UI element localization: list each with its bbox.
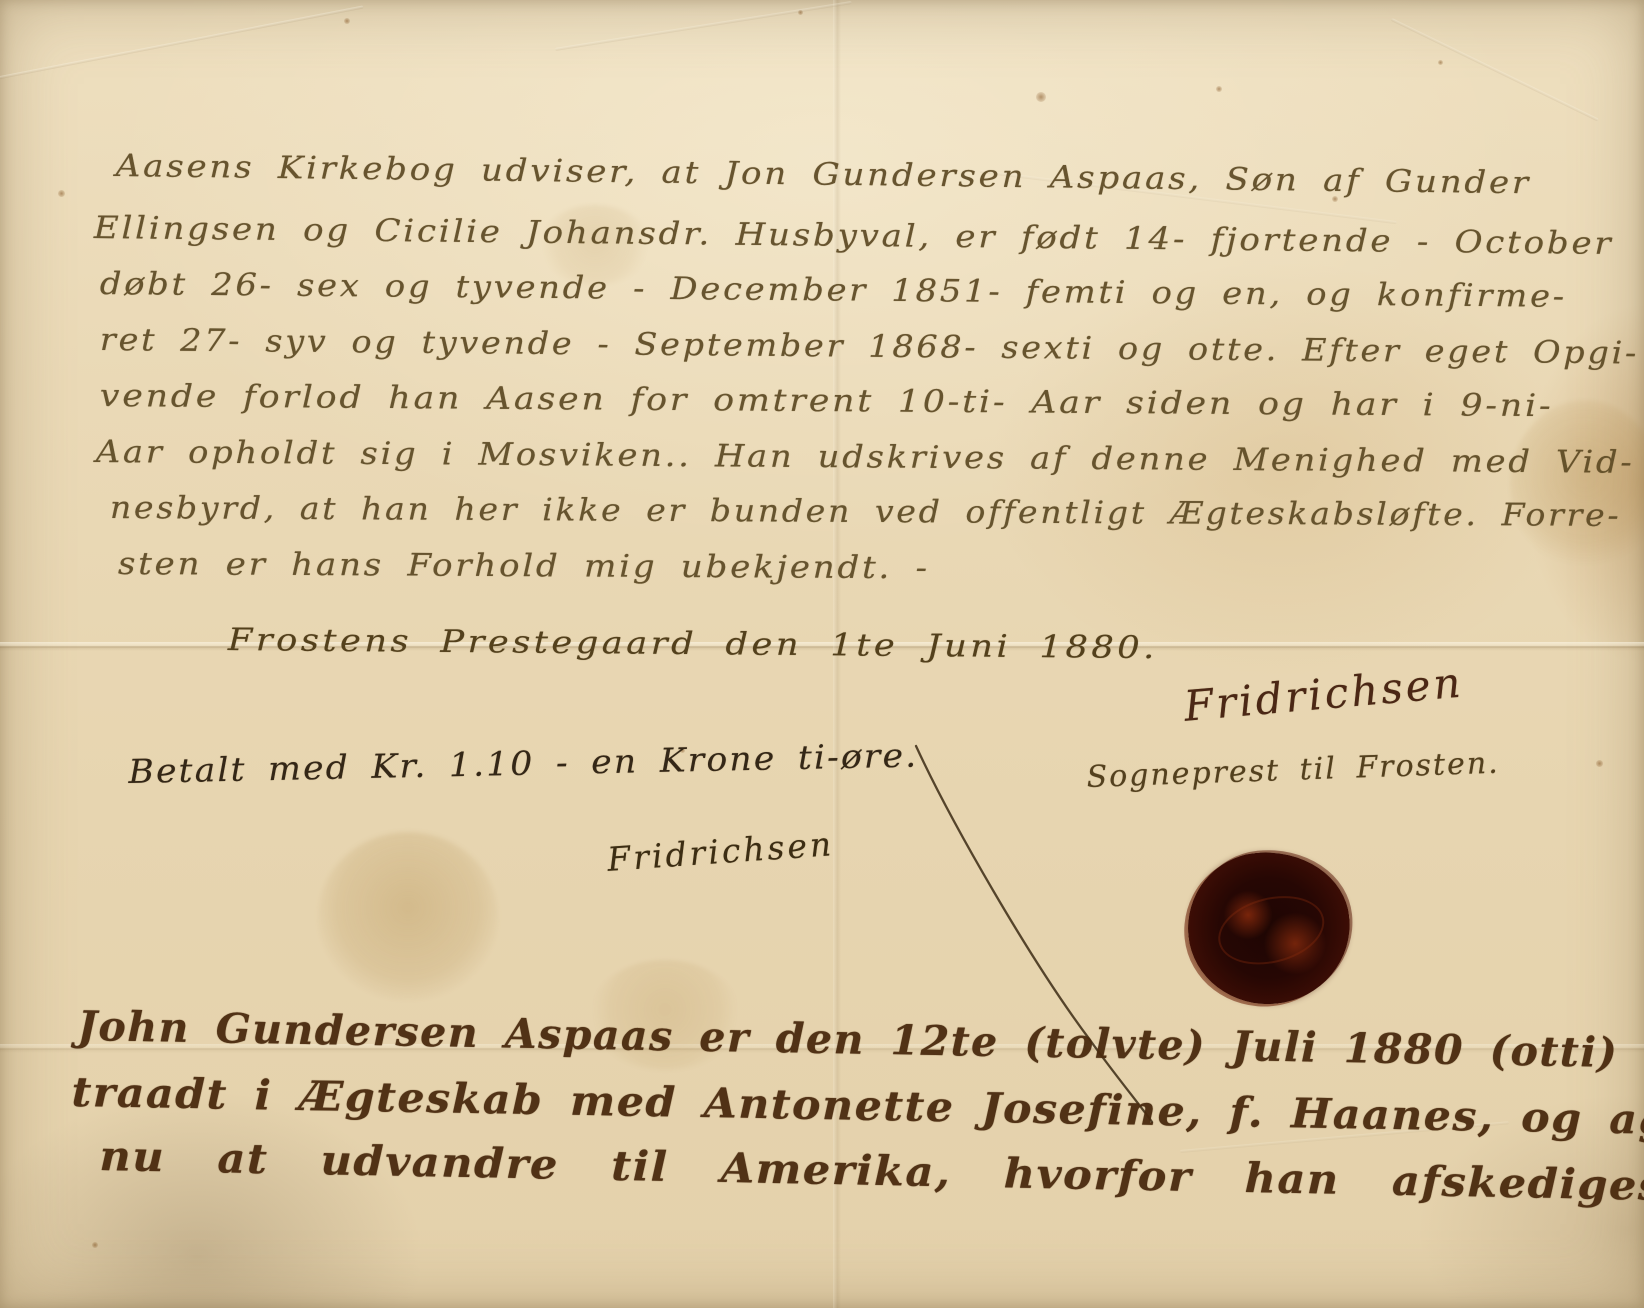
certificate-body-line: sten er hans Forhold mig ubekjendt. -: [118, 546, 930, 586]
round-stain: [318, 832, 498, 1000]
dateline: Frostens Prestegaard den 1te Juni 1880.: [228, 622, 1158, 666]
fox-spot: [58, 190, 65, 197]
signature-title: Sogneprest til Frosten.: [1086, 746, 1500, 795]
certificate-body-line: vende forlod han Aasen for omtrent 10-ti…: [100, 378, 1554, 424]
payment-note: Betalt med Kr. 1.10 - en Krone ti-øre.: [128, 735, 919, 791]
wax-seal: [1180, 844, 1357, 1012]
signature-receipt: Fridrichsen: [606, 824, 835, 879]
wax-seal-impression: [1211, 885, 1331, 974]
addendum-line: nu at udvandre til Amerika, hvorfor han …: [99, 1132, 1644, 1210]
fox-spot: [798, 10, 803, 15]
certificate-body-line: ret 27- syv og tyvende - September 1868-…: [100, 322, 1639, 371]
addendum-line: John Gundersen Aspaas er den 12te (tolvt…: [77, 1002, 1644, 1079]
corner-crease: [555, 1, 852, 51]
fox-spot: [344, 18, 350, 24]
addendum-line: traadt i Ægteskab med Antonette Josefine…: [71, 1068, 1644, 1145]
fox-spot: [1438, 60, 1443, 65]
fox-spot: [1216, 86, 1222, 92]
corner-crease: [0, 5, 364, 80]
edge-stain: [1510, 400, 1644, 570]
certificate-body-line: Aasens Kirkebog udviser, at Jon Gunderse…: [116, 148, 1532, 201]
signature-priest: Fridrichsen: [1182, 658, 1465, 731]
corner-crease: [1391, 18, 1599, 122]
certificate-body-line: nesbyrd, at han her ikke er bunden ved o…: [110, 490, 1622, 534]
certificate-body-line: døbt 26- sex og tyvende - December 1851-…: [100, 266, 1567, 315]
fox-spot: [92, 1242, 98, 1248]
certificate-body-line: Aar opholdt sig i Mosviken.. Han udskriv…: [96, 434, 1635, 481]
fox-spot: [1036, 92, 1046, 102]
fox-spot: [1596, 760, 1603, 767]
certificate-body-line: Ellingsen og Cicilie Johansdr. Husbyval,…: [94, 210, 1614, 262]
aged-paper-document: Aasens Kirkebog udviser, at Jon Gunderse…: [0, 0, 1644, 1308]
